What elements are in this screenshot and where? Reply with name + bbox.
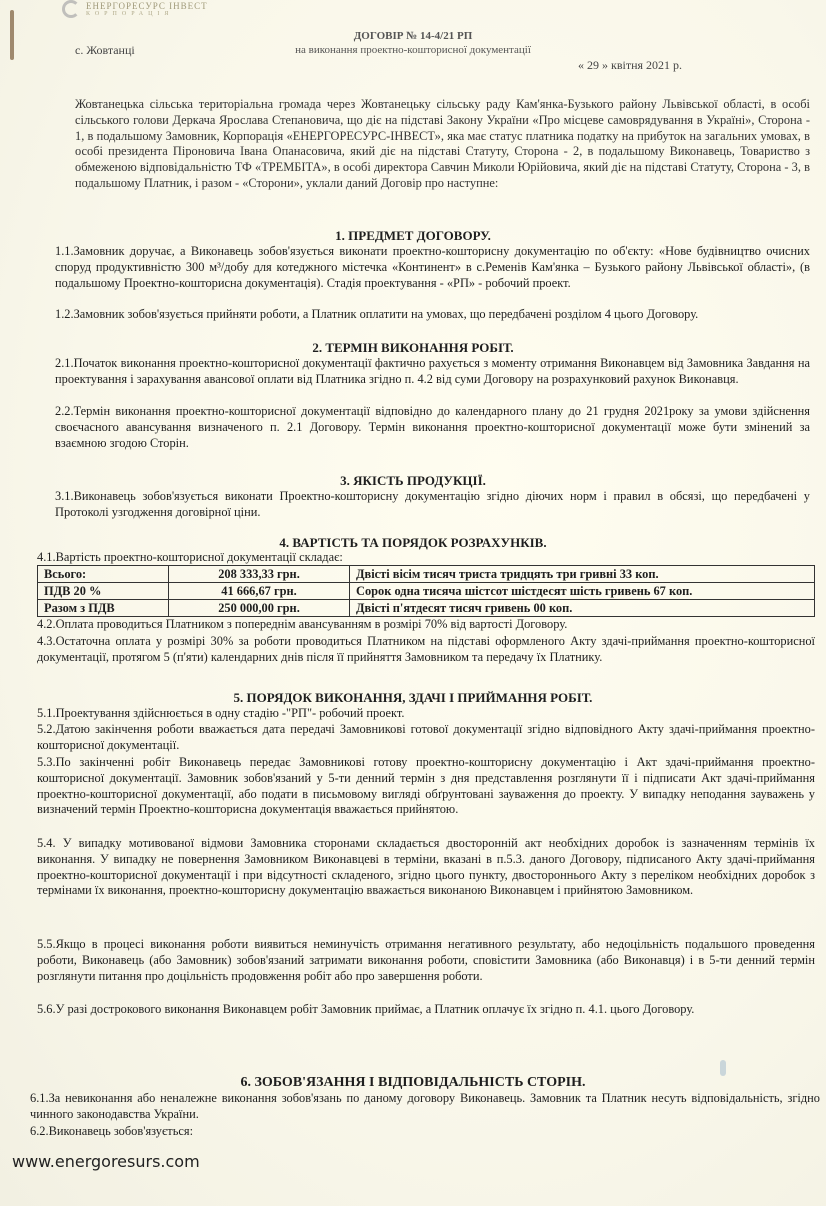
company-logo: ЕНЕРГОРЕСУРС ІНВЕСТ КОРПОРАЦІЯ <box>62 0 208 18</box>
clause-1-2: 1.2.Замовник зобов'язується прийняти роб… <box>55 307 810 323</box>
cost-words: Сорок одна тисяча шістсот шістдесят шіст… <box>350 583 815 600</box>
section-3-heading: 3. ЯКІСТЬ ПРОДУКЦІЇ. <box>0 473 826 489</box>
cost-amount: 250 000,00 грн. <box>169 600 350 617</box>
clause-4-2: 4.2.Оплата проводиться Платником з попер… <box>37 617 815 633</box>
clause-5-4: 5.4. У випадку мотивованої відмови Замов… <box>37 836 815 899</box>
clause-3-1: 3.1.Виконавець зобов'язується виконати П… <box>55 489 810 521</box>
cost-label: Разом з ПДВ <box>38 600 169 617</box>
section-4-heading: 4. ВАРТІСТЬ ТА ПОРЯДОК РОЗРАХУНКІВ. <box>0 535 826 551</box>
contract-title: ДОГОВІР № 14-4/21 РП <box>0 30 826 42</box>
section-2-heading: 2. ТЕРМІН ВИКОНАННЯ РОБІТ. <box>0 340 826 356</box>
table-row: Всього: 208 333,33 грн. Двісті вісім тис… <box>38 566 815 583</box>
clause-5-6: 5.6.У разі дострокового виконання Викона… <box>37 1002 815 1018</box>
logo-subtext: КОРПОРАЦІЯ <box>86 11 208 17</box>
clause-5-2: 5.2.Датою закінчення роботи вважається д… <box>37 722 815 754</box>
cost-label: ПДВ 20 % <box>38 583 169 600</box>
cost-table: Всього: 208 333,33 грн. Двісті вісім тис… <box>37 565 815 617</box>
section-1-heading: 1. ПРЕДМЕТ ДОГОВОРУ. <box>0 228 826 244</box>
cost-label: Всього: <box>38 566 169 583</box>
footer-website: www.energoresurs.com <box>12 1152 200 1171</box>
clause-4-1: 4.1.Вартість проектно-кошторисної докуме… <box>37 550 792 566</box>
table-row: Разом з ПДВ 250 000,00 грн. Двісті п'ятд… <box>38 600 815 617</box>
cost-amount: 208 333,33 грн. <box>169 566 350 583</box>
contract-place: с. Жовтанці <box>75 43 135 58</box>
contract-intro: Жовтанецька сільська територіальна грома… <box>75 97 810 192</box>
logo-text: ЕНЕРГОРЕСУРС ІНВЕСТ <box>86 1 208 11</box>
clause-1-1: 1.1.Замовник доручає, а Виконавець зобов… <box>55 244 810 291</box>
cost-amount: 41 666,67 грн. <box>169 583 350 600</box>
cost-words: Двісті п'ятдесят тисяч гривень 00 коп. <box>350 600 815 617</box>
contract-date: « 29 » квітня 2021 р. <box>578 58 682 73</box>
clause-4-3: 4.3.Остаточна оплата у розмірі 30% за ро… <box>37 634 815 666</box>
cost-words: Двісті вісім тисяч триста тридцять три г… <box>350 566 815 583</box>
clause-2-2: 2.2.Термін виконання проектно-кошторисно… <box>55 404 810 451</box>
clause-6-2: 6.2.Виконавець зобов'язується: <box>30 1124 820 1140</box>
logo-icon <box>62 0 80 18</box>
ink-smudge <box>720 1060 726 1076</box>
clause-6-1: 6.1.За невиконання або неналежне виконан… <box>30 1091 820 1123</box>
clause-2-1: 2.1.Початок виконання проектно-кошторисн… <box>55 356 810 388</box>
clause-5-3: 5.3.По закінченні робіт Виконавець перед… <box>37 755 815 818</box>
clause-5-1: 5.1.Проектування здійснюється в одну ста… <box>37 706 815 722</box>
document-page: ЕНЕРГОРЕСУРС ІНВЕСТ КОРПОРАЦІЯ ДОГОВІР №… <box>0 0 826 1206</box>
section-6-heading: 6. ЗОБОВ'ЯЗАННЯ І ВІДПОВІДАЛЬНІСТЬ СТОРІ… <box>0 1075 826 1091</box>
table-row: ПДВ 20 % 41 666,67 грн. Сорок одна тисяч… <box>38 583 815 600</box>
clause-5-5: 5.5.Якщо в процесі виконання роботи вияв… <box>37 937 815 984</box>
section-5-heading: 5. ПОРЯДОК ВИКОНАННЯ, ЗДАЧІ І ПРИЙМАННЯ … <box>0 690 826 706</box>
